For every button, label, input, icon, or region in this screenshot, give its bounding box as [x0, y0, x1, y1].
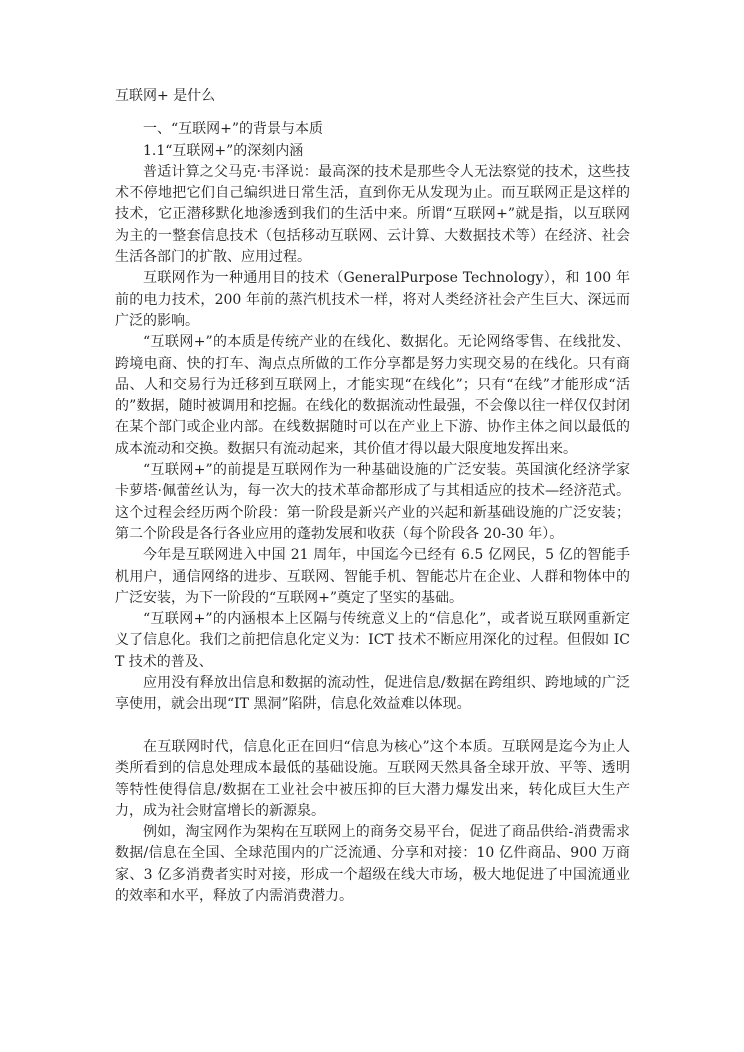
- document-page: 互联网+ 是什么 一、“互联网+”的背景与本质 1.1“互联网+”的深刻内涵 普…: [0, 0, 744, 1052]
- paragraph-9: 例如，淘宝网作为架构在互联网上的商务交易平台，促进了商品供给-消费需求数据/信息…: [115, 822, 630, 907]
- paragraph-2: 互联网作为一种通用目的技术（GeneralPurpose Technology）…: [115, 268, 630, 332]
- document-title: 互联网+ 是什么: [115, 86, 630, 107]
- section-heading: 一、“互联网+”的背景与本质: [115, 119, 630, 140]
- paragraph-5: 今年是互联网进入中国 21 周年，中国迄今已经有 6.5 亿网民，5 亿的智能手…: [115, 545, 630, 609]
- paragraph-6: “互联网+”的内涵根本上区隔与传统意义上的“信息化”，或者说互联网重新定义了信息…: [115, 609, 630, 673]
- paragraph-7: 应用没有释放出信息和数据的流动性，促进信息/数据在跨组织、跨地域的广泛享使用，就…: [115, 673, 630, 716]
- subsection-heading: 1.1“互联网+”的深刻内涵: [115, 141, 630, 162]
- paragraph-4: “互联网+”的前提是互联网作为一种基础设施的广泛安装。英国演化经济学家卡萝塔·佩…: [115, 460, 630, 545]
- paragraph-1: 普适计算之父马克·韦泽说：最高深的技术是那些令人无法察觉的技术，这些技术不停地把…: [115, 162, 630, 268]
- paragraph-3: “互联网+”的本质是传统产业的在线化、数据化。无论网络零售、在线批发、跨境电商、…: [115, 332, 630, 460]
- paragraph-8: 在互联网时代，信息化正在回归“信息为核心”这个本质。互联网是迄今为止人类所看到的…: [115, 737, 630, 822]
